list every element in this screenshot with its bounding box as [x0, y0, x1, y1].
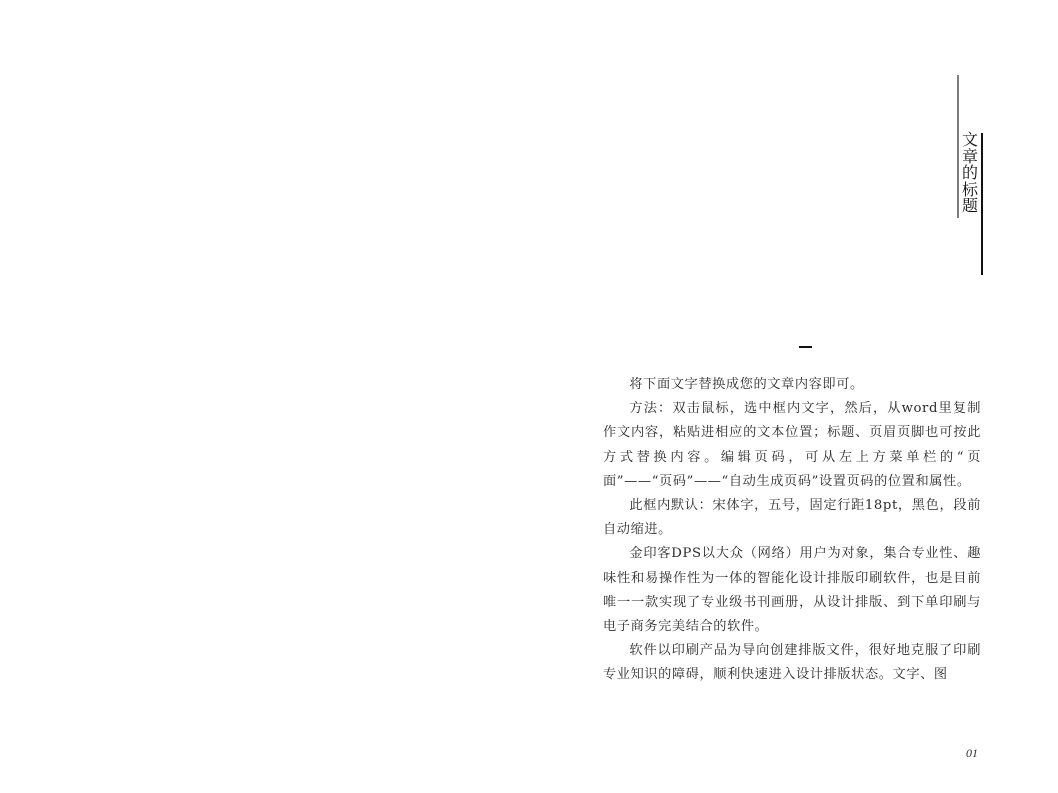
article-title-vertical[interactable]: 文 章 的 标 题 [960, 132, 980, 215]
title-char: 题 [960, 198, 980, 215]
paragraph: 软件以印刷产品为导向创建排版文件，很好地克服了印刷专业知识的障碍，顺利快速进入设… [603, 639, 981, 687]
header-rule-black [981, 133, 983, 275]
paragraph: 此框内默认：宋体字，五号，固定行距18pt，黑色，段前自动缩进。 [603, 494, 981, 542]
chapter-mark-dash [799, 346, 812, 348]
left-page-blank [0, 0, 529, 793]
body-text-frame[interactable]: 将下面文字替换成您的文章内容即可。 方法：双击鼠标，选中框内文字，然后，从wor… [603, 373, 981, 688]
header-rule-gray [957, 75, 959, 218]
paragraph: 将下面文字替换成您的文章内容即可。 [603, 373, 981, 397]
paragraph: 金印客DPS以大众（网络）用户为对象，集合专业性、趣味性和易操作性为一体的智能化… [603, 542, 981, 639]
paragraph: 方法：双击鼠标，选中框内文字，然后，从word里复制作文内容，粘贴进相应的文本位… [603, 397, 981, 494]
page-number: 01 [966, 746, 978, 761]
